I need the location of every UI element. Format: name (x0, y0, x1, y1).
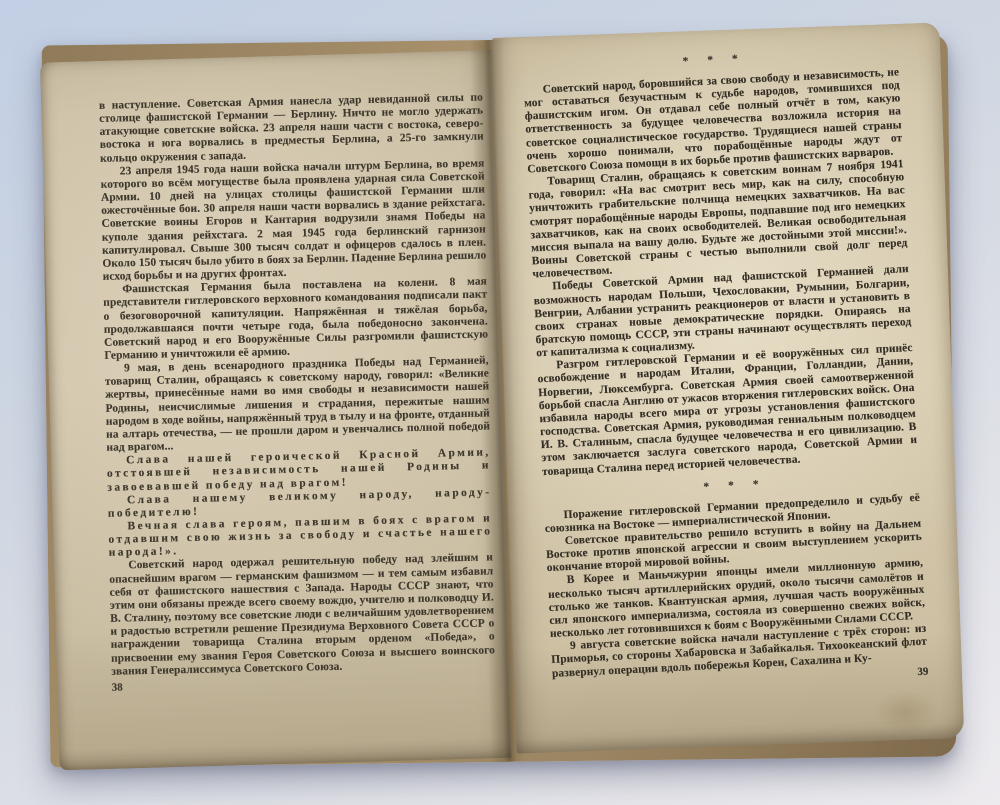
paragraph: 23 апреля 1945 года наши войска начали ш… (100, 157, 486, 284)
paragraph: 9 мая, в день всенародного праздника Поб… (105, 355, 491, 455)
paragraph: Товарищ Сталин, обращаясь к советским во… (528, 158, 909, 281)
paragraph: Фашистская Германия была поставлена на к… (103, 276, 489, 363)
right-page: * * * Советский народ, боровшийся за сво… (492, 22, 965, 753)
paragraph: Разгром гитлеровской Германии и её воору… (537, 342, 918, 479)
book-photo: в наступление. Советская Армия нанесла у… (0, 0, 1000, 805)
paragraph: в наступление. Советская Армия нанесла у… (99, 91, 484, 165)
open-book: в наступление. Советская Армия нанесла у… (31, 18, 956, 777)
left-page-text: в наступление. Советская Армия нанесла у… (99, 91, 496, 693)
paragraph: Советский народ одержал решительную побе… (109, 552, 495, 679)
right-page-text: * * * Советский народ, боровшийся за сво… (522, 45, 928, 695)
left-page: в наступление. Советская Армия нанесла у… (40, 50, 512, 770)
